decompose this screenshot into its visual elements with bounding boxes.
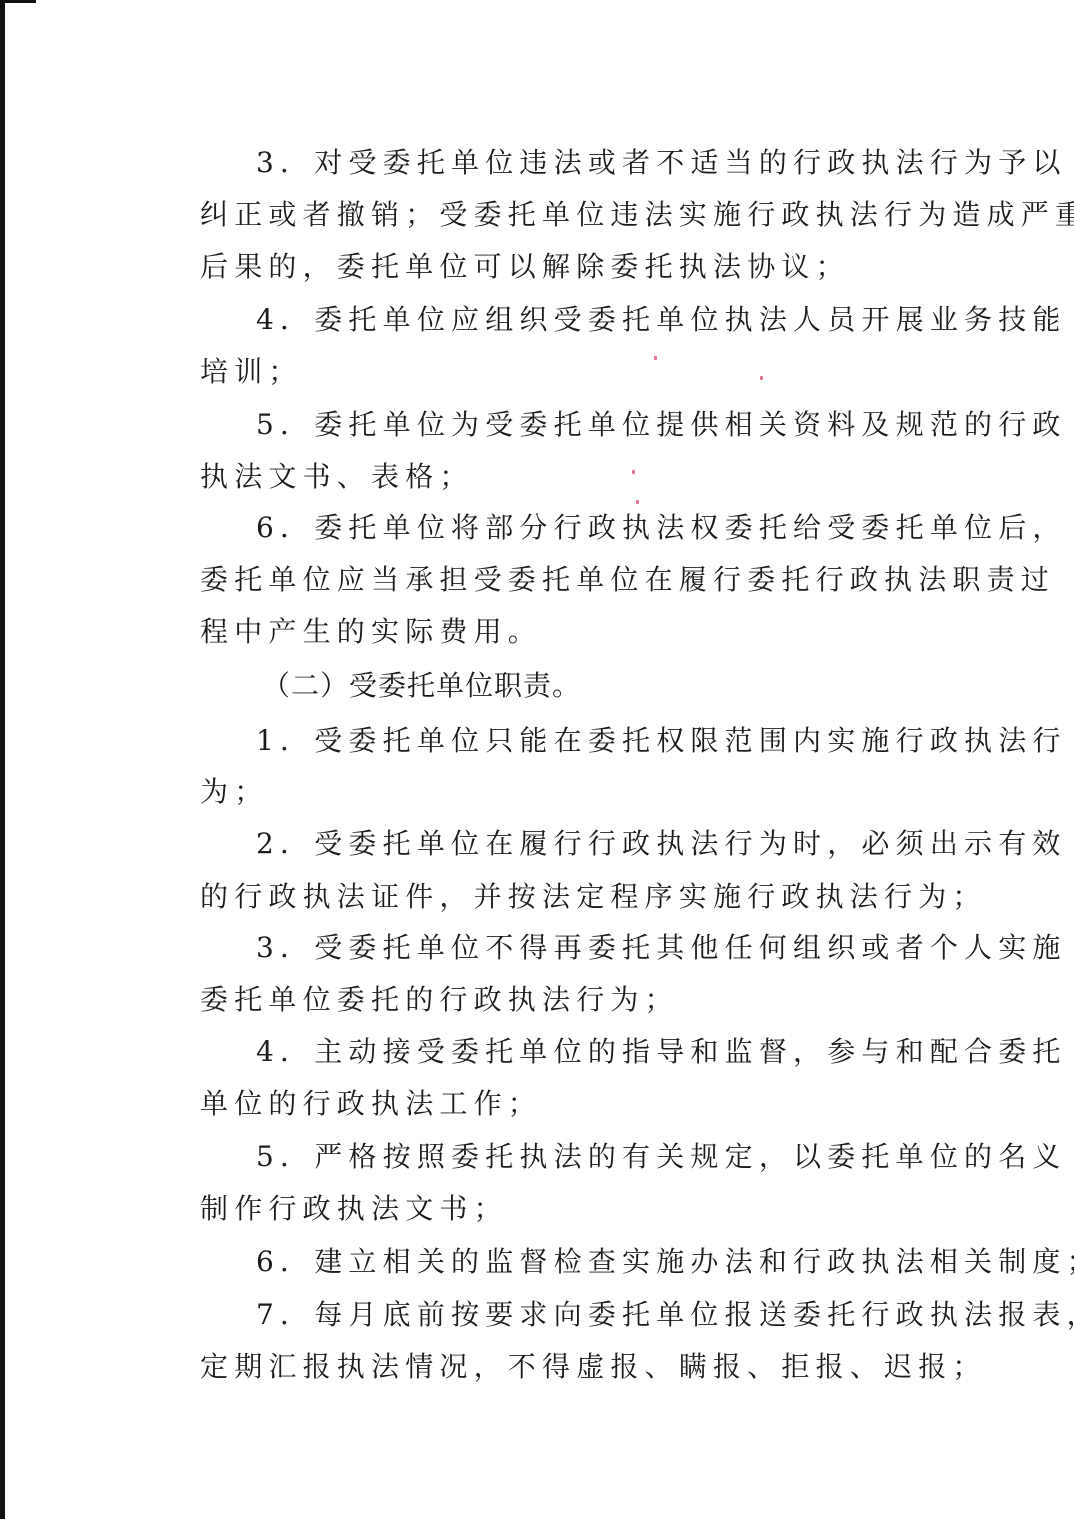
- duty-5-line-2: 制作行政执法文书；: [200, 1191, 508, 1227]
- scan-edge-top: [0, 0, 36, 3]
- duty-5-line-1: 5．严格按照委托执法的有关规定，以委托单位的名义: [256, 1139, 1067, 1175]
- duty-3-line-1: 3．受委托单位不得再委托其他任何组织或者个人实施: [256, 930, 1067, 966]
- duty-4-line-1: 4．主动接受委托单位的指导和监督，参与和配合委托: [256, 1034, 1067, 1070]
- item-6-line-2: 委托单位应当承担受委托单位在履行委托行政执法职责过: [200, 562, 1055, 598]
- item-3-line-3: 后果的，委托单位可以解除委托执法协议；: [200, 249, 850, 285]
- item-5-line-2: 执法文书、表格；: [200, 459, 474, 495]
- item-4-line-1: 4．委托单位应组织受委托单位执法人员开展业务技能: [256, 302, 1067, 338]
- section-heading: （二）受委托单位职责。: [262, 668, 581, 704]
- duty-1-line-2: 为；: [200, 774, 268, 810]
- item-4-line-2: 培训；: [200, 354, 303, 390]
- item-3-line-2: 纠正或者撤销；受委托单位违法实施行政执法行为造成严重: [200, 197, 1074, 233]
- duty-2-line-1: 2．受委托单位在履行行政执法行为时，必须出示有效: [256, 826, 1067, 862]
- scan-edge-left: [0, 0, 5, 1519]
- duty-1-line-1: 1．受委托单位只能在委托权限范围内实施行政执法行: [256, 723, 1067, 759]
- duty-4-line-2: 单位的行政执法工作；: [200, 1086, 542, 1122]
- stamp-bleed-speck: [636, 500, 639, 504]
- duty-3-line-2: 委托单位委托的行政执法行为；: [200, 982, 679, 1018]
- stamp-bleed-speck: [632, 470, 635, 474]
- duty-6-line-1: 6．建立相关的监督检查实施办法和行政执法相关制度；: [256, 1244, 1074, 1280]
- item-6-line-1: 6．委托单位将部分行政执法权委托给受委托单位后，: [256, 510, 1067, 546]
- duty-7-line-2: 定期汇报执法情况，不得虚报、瞒报、拒报、迟报；: [200, 1349, 987, 1385]
- item-6-line-3: 程中产生的实际费用。: [200, 614, 542, 650]
- scanned-page: 3．对受委托单位违法或者不适当的行政执法行为予以 纠正或者撤销；受委托单位违法实…: [0, 0, 1074, 1519]
- duty-2-line-2: 的行政执法证件，并按法定程序实施行政执法行为；: [200, 879, 987, 915]
- stamp-bleed-speck: [760, 376, 763, 380]
- duty-7-line-1: 7．每月底前按要求向委托单位报送委托行政执法报表，: [256, 1297, 1074, 1333]
- item-3-line-1: 3．对受委托单位违法或者不适当的行政执法行为予以: [256, 145, 1067, 181]
- stamp-bleed-speck: [654, 356, 657, 360]
- item-5-line-1: 5．委托单位为受委托单位提供相关资料及规范的行政: [256, 407, 1067, 443]
